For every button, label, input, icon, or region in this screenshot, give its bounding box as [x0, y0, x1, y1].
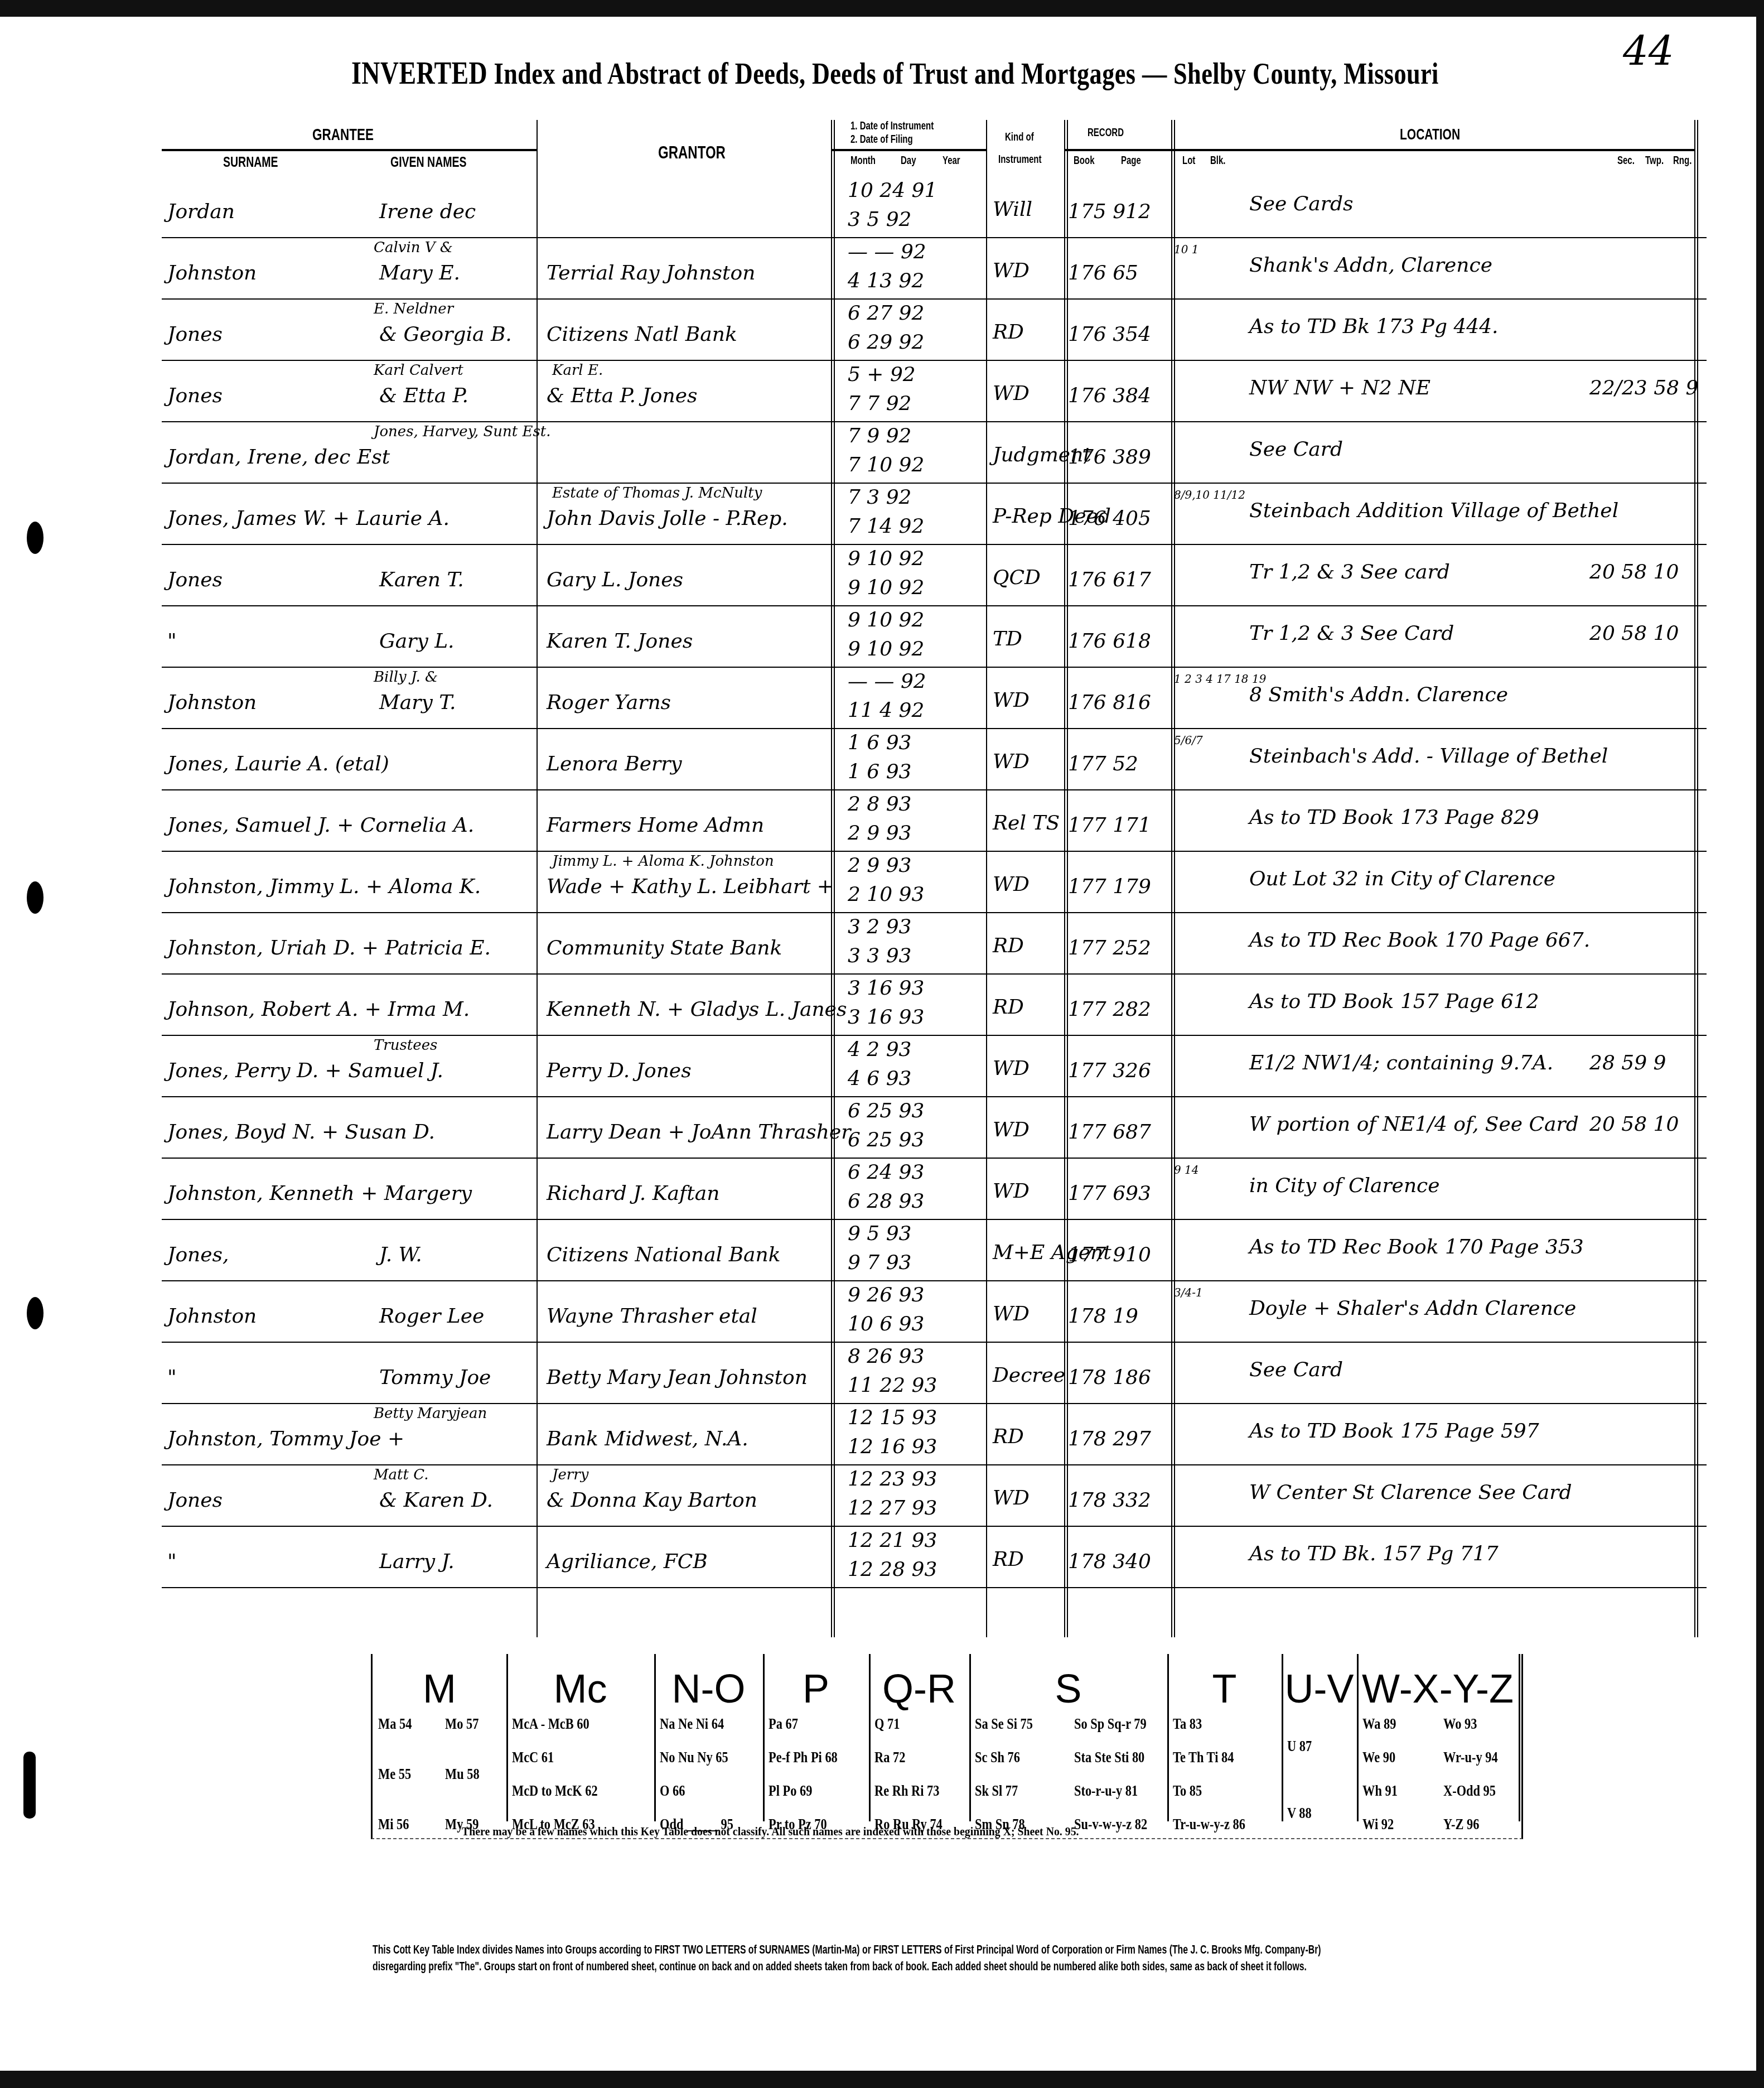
date-of-filing: 1 6 93	[848, 760, 912, 783]
ledger-row: Johnston, Kenneth + MargeryRichard J. Ka…	[162, 1158, 1707, 1220]
footer-line-2: disregarding prefix "The". Groups start …	[373, 1958, 1321, 1975]
key-column: McMcA - McB 60McC 61McD to McK 62McL to …	[506, 1654, 656, 1821]
grantee-surname: "	[167, 630, 177, 653]
grantee-surname: "	[167, 1550, 177, 1573]
record-book-page: 177 179	[1068, 875, 1151, 898]
ledger-row: Billy J. &JohnstonMary T.Roger Yarns— — …	[162, 667, 1707, 729]
key-column: PPa 67Pe-f Ph Pi 68Pl Po 69Pr to Pz 70	[763, 1654, 871, 1821]
key-column: U-VU 87V 88	[1282, 1654, 1359, 1821]
location-description: W portion of NE1/4 of, See Card	[1249, 1113, 1579, 1136]
key-entry: So Sp Sq-r 79	[1074, 1715, 1147, 1733]
ledger-row: Jones, James W. + Laurie A.Estate of Tho…	[162, 483, 1707, 545]
key-column: SSa Se Si 75Sc Sh 76Sk Sl 77Sm Sn 78So S…	[969, 1654, 1169, 1821]
key-entry: No Nu Ny 65	[660, 1749, 728, 1767]
lot-block: 8/9,10 11/12	[1174, 488, 1245, 501]
grantor-name: Kenneth N. + Gladys L. Janes	[547, 998, 847, 1021]
record-book-page: 176 354	[1068, 323, 1151, 346]
date-of-instrument: 6 27 92	[848, 302, 924, 325]
key-letter: M	[373, 1666, 506, 1712]
lot-block: 3/4-1	[1174, 1286, 1203, 1299]
grantee-given: & Karen D.	[379, 1489, 493, 1512]
grantee-given: Irene dec	[379, 200, 476, 223]
grantee-surname: Jones, Perry D. + Samuel J.	[167, 1059, 443, 1082]
ledger-row: Matt C.Jones& Karen D.Jerry& Donna Kay B…	[162, 1464, 1707, 1527]
key-entry: We 90	[1362, 1749, 1395, 1767]
grantee-given: Mary T.	[379, 691, 456, 714]
instrument-kind: TD	[993, 628, 1022, 650]
location-description: As to TD Rec Book 170 Page 667.	[1249, 929, 1590, 952]
record-book-page: 177 693	[1068, 1182, 1151, 1205]
ledger-row: Jones, Boyd N. + Susan D.Larry Dean + Jo…	[162, 1096, 1707, 1159]
record-book-page: 176 384	[1068, 384, 1151, 407]
instrument-kind: Decree	[993, 1364, 1065, 1387]
header-sec: Sec.	[1617, 155, 1635, 167]
key-entry: McD to McK 62	[512, 1782, 598, 1800]
location-description: Out Lot 32 in City of Clarence	[1249, 867, 1555, 890]
key-entry: Sc Sh 76	[975, 1749, 1020, 1767]
punch-hole	[27, 522, 44, 554]
grantee-given-above: Jones, Harvey, Sunt Est.	[374, 423, 551, 440]
record-book-page: 177 910	[1068, 1243, 1151, 1266]
header-location: LOCATION	[1400, 126, 1460, 143]
date-of-filing: 12 27 93	[848, 1497, 937, 1520]
key-entry: V 88	[1287, 1805, 1312, 1822]
date-of-instrument: 12 21 93	[848, 1529, 937, 1552]
header-lot: Lot	[1182, 155, 1195, 167]
date-of-filing: 4 6 93	[848, 1067, 912, 1090]
record-book-page: 177 171	[1068, 814, 1151, 837]
lot-block: 5/6/7	[1174, 734, 1203, 747]
key-entry: Te Th Ti 84	[1173, 1749, 1234, 1767]
grantee-given-above: Trustees	[374, 1037, 437, 1054]
header-year: Year	[943, 155, 960, 167]
date-of-instrument: 9 26 93	[848, 1284, 924, 1306]
ledger-row: Johnston, Uriah D. + Patricia E.Communit…	[162, 912, 1707, 975]
date-of-instrument: 1 6 93	[848, 731, 912, 754]
instrument-kind: RD	[993, 1548, 1024, 1571]
location-description: See Card	[1249, 438, 1343, 461]
grantor-name: & Donna Kay Barton	[547, 1489, 757, 1512]
location-description: Steinbach's Add. - Village of Bethel	[1249, 745, 1608, 768]
cott-key-table: MMa 54Me 55Mi 56Mo 57Mu 58My 59McMcA - M…	[371, 1654, 1523, 1839]
grantor-name: Wayne Thrasher etal	[547, 1305, 757, 1328]
ledger-row: Jones, Samuel J. + Cornelia A.Farmers Ho…	[162, 789, 1707, 852]
location-description: As to TD Bk. 157 Pg 717	[1249, 1542, 1499, 1565]
ledger-row: "Tommy JoeBetty Mary Jean Johnston8 26 9…	[162, 1342, 1707, 1404]
date-of-filing: 12 28 93	[848, 1558, 937, 1581]
date-of-filing: 2 9 93	[848, 822, 912, 845]
scan-border-bottom	[0, 2071, 1764, 2088]
grantee-surname: "	[167, 1366, 177, 1389]
header-rule	[1064, 149, 1171, 151]
key-entry: McC 61	[512, 1749, 554, 1767]
instrument-kind: WD	[993, 1487, 1030, 1510]
header-grantor: GRANTOR	[658, 142, 726, 163]
date-of-filing: 10 6 93	[848, 1313, 924, 1335]
grantee-surname: Jones	[167, 568, 223, 591]
grantee-surname: Jones, Boyd N. + Susan D.	[167, 1121, 435, 1144]
header-rule	[831, 149, 986, 151]
instrument-kind: WD	[993, 1303, 1030, 1325]
date-of-instrument: 12 23 93	[848, 1468, 937, 1491]
grantee-surname: Jones, Laurie A. (etal)	[167, 753, 389, 775]
header-surname: SURNAME	[223, 153, 278, 171]
instrument-kind: QCD	[993, 566, 1041, 589]
grantee-surname: Johnston, Tommy Joe +	[167, 1428, 404, 1450]
grantor-name: Agriliance, FCB	[547, 1550, 708, 1573]
ledger-row: Calvin V &JohnstonMary E.Terrial Ray Joh…	[162, 237, 1707, 300]
ledger-table: GRANTEE SURNAME GIVEN NAMES GRANTOR 1. D…	[162, 120, 1707, 1637]
section-township-range: 20 58 10	[1589, 561, 1679, 584]
grantor-name: Lenora Berry	[547, 753, 682, 775]
location-description: Steinbach Addition Village of Bethel	[1249, 499, 1618, 522]
scan-border-right	[1756, 0, 1764, 2088]
date-of-filing: 9 10 92	[848, 638, 924, 660]
footer-line-1: This Cott Key Table Index divides Names …	[373, 1941, 1321, 1958]
ledger-row: JohnstonRoger LeeWayne Thrasher etal9 26…	[162, 1280, 1707, 1343]
grantee-surname: Johnston, Kenneth + Margery	[167, 1182, 472, 1205]
instrument-kind: Rel TS	[993, 812, 1060, 835]
date-of-filing: 3 3 93	[848, 944, 912, 967]
instrument-kind: WD	[993, 382, 1030, 405]
key-column: Q-RQ 71Ra 72Re Rh Ri 73Ro Ru Ry 74	[869, 1654, 971, 1821]
key-entry: Wa 89	[1362, 1715, 1396, 1733]
date-of-instrument: 6 24 93	[848, 1161, 924, 1184]
header-rng: Rng.	[1673, 155, 1691, 167]
ledger-row: E. NeldnerJones& Georgia B.Citizens Natl…	[162, 298, 1707, 361]
ledger-row: JordanIrene dec10 24 913 5 92Will175 912…	[162, 176, 1707, 238]
header-date-filing: 2. Date of Filing	[850, 133, 913, 146]
grantor-name: Wade + Kathy L. Leibhart +	[547, 875, 834, 898]
grantee-given-above: E. Neldner	[374, 301, 453, 317]
header-day: Day	[901, 155, 916, 167]
grantee-given: Tommy Joe	[379, 1366, 491, 1389]
ledger-row: Jones, Laurie A. (etal)Lenora Berry1 6 9…	[162, 728, 1707, 790]
punch-hole	[23, 1752, 36, 1819]
date-of-instrument: 2 8 93	[848, 793, 912, 816]
location-description: Shank's Addn, Clarence	[1249, 254, 1492, 277]
record-book-page: 176 618	[1068, 630, 1151, 653]
header-month: Month	[850, 155, 876, 167]
instrument-kind: WD	[993, 1057, 1030, 1080]
key-entry: Ra 72	[874, 1749, 905, 1767]
key-entry: Mu 58	[445, 1766, 480, 1783]
grantor-name: Citizens National Bank	[547, 1243, 781, 1266]
grantee-given: Roger Lee	[379, 1305, 484, 1328]
key-entry: Na Ne Ni 64	[660, 1715, 724, 1733]
ledger-row: Johnson, Robert A. + Irma M.Kenneth N. +…	[162, 973, 1707, 1036]
grantor-name: Community State Bank	[547, 937, 782, 959]
instrument-kind: RD	[993, 321, 1024, 344]
instrument-kind: RD	[993, 1425, 1024, 1448]
record-book-page: 175 912	[1068, 200, 1151, 223]
grantor-name: Perry D. Jones	[547, 1059, 692, 1082]
record-book-page: 178 297	[1068, 1428, 1151, 1450]
key-entry: Y-Z 96	[1443, 1816, 1480, 1834]
key-letter: Q-R	[869, 1666, 969, 1712]
grantor-above: Karl E.	[552, 362, 603, 379]
header-given-names: GIVEN NAMES	[390, 153, 467, 171]
record-book-page: 178 186	[1068, 1366, 1151, 1389]
record-book-page: 178 19	[1068, 1305, 1138, 1328]
date-of-filing: 4 13 92	[848, 269, 924, 292]
key-letter: U-V	[1282, 1666, 1357, 1712]
grantee-surname: Johnston	[167, 691, 257, 714]
date-of-filing: 2 10 93	[848, 883, 924, 906]
header-blk: Blk.	[1210, 155, 1226, 167]
grantee-surname: Jones	[167, 384, 223, 407]
record-book-page: 177 687	[1068, 1121, 1151, 1144]
record-book-page: 176 617	[1068, 568, 1151, 591]
key-entry: Ta 83	[1173, 1715, 1202, 1733]
section-township-range: 22/23 58 9	[1589, 377, 1698, 399]
key-entry: Q 71	[874, 1715, 900, 1733]
key-entry: Su-v-w-y-z 82	[1074, 1816, 1147, 1834]
date-of-filing: 3 5 92	[848, 208, 912, 231]
date-of-instrument: 7 9 92	[848, 425, 912, 447]
key-entry: Wi 92	[1362, 1816, 1394, 1834]
ledger-row: Jones, Harvey, Sunt Est.Jordan, Irene, d…	[162, 421, 1707, 484]
date-of-instrument: 10 24 91	[848, 179, 937, 202]
location-description: As to TD Book 173 Page 829	[1249, 806, 1539, 829]
record-book-page: 177 252	[1068, 937, 1151, 959]
date-of-filing: 11 4 92	[848, 699, 924, 722]
header-record: RECORD	[1088, 127, 1124, 139]
key-entry: Wr-u-y 94	[1443, 1749, 1498, 1767]
record-book-page: 176 65	[1068, 262, 1138, 284]
record-book-page: 178 332	[1068, 1489, 1151, 1512]
grantor-name: Citizens Natl Bank	[547, 323, 737, 346]
location-description: See Cards	[1249, 192, 1353, 215]
header-rule	[162, 149, 537, 151]
date-of-instrument: 3 16 93	[848, 977, 924, 1000]
grantee-surname: Johnston, Jimmy L. + Aloma K.	[167, 875, 481, 898]
grantor-name: Betty Mary Jean Johnston	[547, 1366, 808, 1389]
lot-block: 10 1	[1174, 243, 1199, 256]
key-entry: Mi 56	[378, 1816, 409, 1834]
date-of-instrument: 9 10 92	[848, 609, 924, 631]
date-of-instrument: 4 2 93	[848, 1038, 912, 1061]
grantee-surname: Jones, Samuel J. + Cornelia A.	[167, 814, 474, 837]
location-description: As to TD Rec Book 170 Page 353	[1249, 1236, 1584, 1258]
ledger-row: Jones,J. W.Citizens National Bank9 5 939…	[162, 1219, 1707, 1281]
grantee-given: & Etta P.	[379, 384, 468, 407]
grantee-surname: Johnston	[167, 1305, 257, 1328]
instrument-kind: RD	[993, 934, 1024, 957]
header-book: Book	[1074, 155, 1095, 167]
instrument-kind: WD	[993, 750, 1030, 773]
grantee-given-above: Matt C.	[374, 1467, 429, 1483]
date-of-instrument: — — 92	[848, 670, 926, 693]
key-entry: Sta Ste Sti 80	[1074, 1749, 1144, 1767]
location-description: E1/2 NW1/4; containing 9.7A.	[1249, 1052, 1553, 1074]
page-number: 44	[1623, 28, 1674, 75]
location-description: As to TD Book 175 Page 597	[1249, 1420, 1539, 1443]
grantee-surname: Jordan	[167, 200, 235, 223]
date-of-filing: 6 28 93	[848, 1190, 924, 1213]
instrument-kind: WD	[993, 689, 1030, 712]
section-township-range: 20 58 10	[1589, 1113, 1679, 1136]
date-of-instrument: — — 92	[848, 240, 926, 263]
grantee-given-above: Billy J. &	[374, 669, 438, 686]
grantee-given: Larry J.	[379, 1550, 455, 1573]
ledger-row: Betty MaryjeanJohnston, Tommy Joe +Bank …	[162, 1403, 1707, 1465]
key-entry: McA - McB 60	[512, 1715, 589, 1733]
grantee-given: Gary L.	[379, 630, 455, 653]
grantee-surname: Johnson, Robert A. + Irma M.	[167, 998, 470, 1021]
instrument-kind: WD	[993, 259, 1030, 282]
title-bold: INVERTED	[351, 56, 487, 91]
key-column: TTa 83Te Th Ti 84To 85Tr-u-w-y-z 86	[1167, 1654, 1283, 1821]
instrument-kind: WD	[993, 1118, 1030, 1141]
location-description: Tr 1,2 & 3 See Card	[1249, 622, 1454, 645]
header-page: Page	[1121, 155, 1141, 167]
key-entry: Mo 57	[445, 1715, 479, 1733]
key-entry: X-Odd 95	[1443, 1782, 1496, 1800]
grantee-given-above: Betty Maryjean	[374, 1405, 487, 1422]
grantor-name: Roger Yarns	[547, 691, 671, 714]
location-description: As to TD Bk 173 Pg 444.	[1249, 315, 1499, 338]
punch-hole	[27, 1297, 44, 1329]
grantee-surname: Jones,	[167, 1243, 229, 1266]
key-entry: U 87	[1287, 1738, 1312, 1756]
key-entry: Tr-u-w-y-z 86	[1173, 1816, 1245, 1834]
lot-block: 9 14	[1174, 1163, 1199, 1176]
key-entry: Wo 93	[1443, 1715, 1477, 1733]
page-title: INVERTED Index and Abstract of Deeds, De…	[351, 56, 1439, 91]
key-letter: T	[1167, 1666, 1282, 1712]
key-letter: Mc	[506, 1666, 654, 1712]
ledger-row: TrusteesJones, Perry D. + Samuel J.Perry…	[162, 1035, 1707, 1097]
ledger-row: "Gary L.Karen T. Jones9 10 929 10 92TD17…	[162, 605, 1707, 668]
key-entry: Ma 54	[378, 1715, 412, 1733]
header-date-instrument: 1. Date of Instrument	[850, 120, 934, 133]
grantee-surname: Johnston, Uriah D. + Patricia E.	[167, 937, 491, 959]
location-description: NW NW + N2 NE	[1249, 377, 1430, 399]
grantor-above: Jimmy L. + Aloma K. Johnston	[552, 853, 774, 870]
grantor-above: Jerry	[552, 1467, 588, 1483]
scan-border-top	[0, 0, 1764, 17]
ledger-row: Johnston, Jimmy L. + Aloma K.Jimmy L. + …	[162, 851, 1707, 913]
grantee-given-above: Karl Calvert	[374, 362, 463, 379]
key-letter: N-O	[654, 1666, 763, 1712]
grantor-name: & Etta P. Jones	[547, 384, 698, 407]
key-entry: O 66	[660, 1782, 685, 1800]
key-entry: To 85	[1173, 1782, 1202, 1800]
key-entry: Me 55	[378, 1766, 411, 1783]
date-of-filing: 7 7 92	[848, 392, 912, 415]
section-township-range: 28 59 9	[1589, 1052, 1666, 1074]
grantor-name: John Davis Jolle - P.Rep.	[547, 507, 788, 530]
grantee-surname: Johnston	[167, 262, 257, 284]
grantor-name: Bank Midwest, N.A.	[547, 1428, 748, 1450]
date-of-filing: 11 22 93	[848, 1374, 937, 1397]
date-of-filing: 3 16 93	[848, 1006, 924, 1029]
date-of-instrument: 6 25 93	[848, 1100, 924, 1122]
grantee-given: Mary E.	[379, 262, 460, 284]
date-of-instrument: 2 9 93	[848, 854, 912, 877]
date-of-instrument: 5 + 92	[848, 363, 916, 386]
header-rule	[1171, 149, 1695, 151]
ledger-row: JonesKaren T.Gary L. Jones9 10 929 10 92…	[162, 544, 1707, 606]
key-letter: S	[969, 1666, 1167, 1712]
grantee-surname: Jones	[167, 323, 223, 346]
key-letter: P	[763, 1666, 869, 1712]
location-description: 8 Smith's Addn. Clarence	[1249, 683, 1508, 706]
grantee-given: & Georgia B.	[379, 323, 512, 346]
punch-hole	[27, 881, 44, 914]
key-column: N-ONa Ne Ni 64No Nu Ny 65O 66Odd _____ 9…	[654, 1654, 765, 1821]
instrument-kind: WD	[993, 873, 1030, 896]
date-of-instrument: 8 26 93	[848, 1345, 924, 1368]
grantee-given: Karen T.	[379, 568, 464, 591]
instrument-kind: RD	[993, 996, 1024, 1019]
record-book-page: 176 405	[1068, 507, 1151, 530]
grantee-surname: Jones, James W. + Laurie A.	[167, 507, 450, 530]
ledger-row: "Larry J.Agriliance, FCB12 21 9312 28 93…	[162, 1526, 1707, 1588]
grantee-surname: Jordan, Irene, dec Est	[167, 446, 390, 469]
key-table-note: There may be a few names which this Key …	[462, 1824, 1079, 1839]
date-of-filing: 7 10 92	[848, 454, 924, 476]
record-book-page: 178 340	[1068, 1550, 1151, 1573]
date-of-instrument: 9 10 92	[848, 547, 924, 570]
date-of-filing: 7 14 92	[848, 515, 924, 538]
date-of-filing: 6 29 92	[848, 331, 924, 354]
ledger-row: Karl CalvertJones& Etta P.Karl E.& Etta …	[162, 360, 1707, 422]
key-entry: Re Rh Ri 73	[874, 1782, 939, 1800]
date-of-filing: 9 7 93	[848, 1251, 912, 1274]
date-of-filing: 6 25 93	[848, 1129, 924, 1151]
date-of-instrument: 3 2 93	[848, 915, 912, 938]
key-entry: Sk Sl 77	[975, 1782, 1018, 1800]
location-description: As to TD Book 157 Page 612	[1249, 990, 1539, 1013]
grantor-name: Farmers Home Admn	[547, 814, 764, 837]
location-description: Doyle + Shaler's Addn Clarence	[1249, 1297, 1576, 1320]
location-description: W Center St Clarence See Card	[1249, 1481, 1572, 1504]
title-rest: Index and Abstract of Deeds, Deeds of Tr…	[487, 57, 1439, 90]
key-column: MMa 54Me 55Mi 56Mo 57Mu 58My 59	[373, 1654, 508, 1821]
header-instrument: Instrument	[998, 153, 1042, 166]
key-entry: Wh 91	[1362, 1782, 1398, 1800]
header-twp: Twp.	[1645, 155, 1664, 167]
grantor-above: Estate of Thomas J. McNulty	[552, 485, 762, 501]
key-letter: W-X-Y-Z	[1357, 1666, 1519, 1712]
grantee-given: J. W.	[379, 1243, 422, 1266]
header-grantee: GRANTEE	[312, 126, 374, 144]
key-entry: Pa 67	[769, 1715, 798, 1733]
location-description: in City of Clarence	[1249, 1174, 1440, 1197]
date-of-filing: 9 10 92	[848, 576, 924, 599]
record-book-page: 177 282	[1068, 998, 1151, 1021]
key-column: W-X-Y-ZWa 89We 90Wh 91Wi 92Wo 93Wr-u-y 9…	[1357, 1654, 1520, 1821]
record-book-page: 177 326	[1068, 1059, 1151, 1082]
section-township-range: 20 58 10	[1589, 622, 1679, 645]
location-description: See Card	[1249, 1358, 1343, 1381]
grantor-name: Karen T. Jones	[547, 630, 693, 653]
grantee-surname: Jones	[167, 1489, 223, 1512]
date-of-instrument: 12 15 93	[848, 1406, 937, 1429]
grantor-name: Gary L. Jones	[547, 568, 683, 591]
key-entry: Pl Po 69	[769, 1782, 812, 1800]
record-book-page: 176 816	[1068, 691, 1151, 714]
date-of-filing: 12 16 93	[848, 1435, 937, 1458]
header-kind: Kind of	[1005, 131, 1034, 144]
record-book-page: 177 52	[1068, 753, 1138, 775]
grantor-name: Terrial Ray Johnston	[547, 262, 755, 284]
location-description: Tr 1,2 & 3 See card	[1249, 561, 1450, 584]
instrument-kind: Will	[993, 198, 1032, 221]
instrument-kind: WD	[993, 1180, 1030, 1203]
